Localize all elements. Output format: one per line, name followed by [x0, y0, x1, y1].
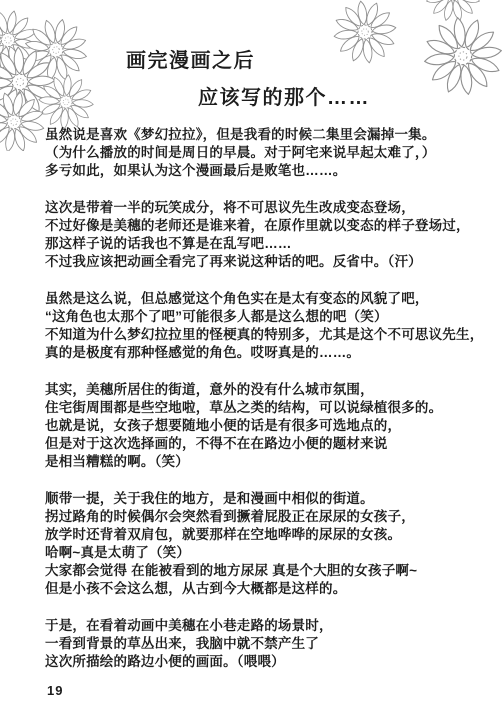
- text-line: 不知道为什么梦幻拉拉里的怪梗真的特别多，尤其是这个不可思议先生，: [45, 326, 475, 344]
- text-line: 住宅街周围都是些空地啦，草丛之类的结构，可以说绿植很多的。: [45, 399, 475, 417]
- text-line: 虽然说是喜欢《梦幻拉拉》，但是我看的时候二集里会漏掉一集。: [45, 126, 475, 144]
- text-line: 是相当糟糕的啊。（笑）: [45, 453, 475, 471]
- text-line: “这角色也太那个了吧”可能很多人都是这么想的吧（笑）: [45, 308, 475, 326]
- text-line: 但是小孩不会这么想，从古到今大概都是这样的。: [45, 580, 475, 598]
- text-line: 哈啊~真是太萌了（笑）: [45, 544, 475, 562]
- text-line: 不过好像是美穗的老师还是谁来着，在原作里就以变态的样子登场过，: [45, 217, 475, 235]
- text-line: 其实，美穗所居住的街道，意外的没有什么城市氛围，: [45, 381, 475, 399]
- page-number: 19: [47, 683, 63, 698]
- paragraph-5: 顺带一提，关于我住的地方，是和漫画中相似的街道。 拐过路角的时候偶尔会突然看到撅…: [45, 490, 475, 598]
- text-line: 放学时还背着双肩包，就要那样在空地哗哗的尿尿的女孩。: [45, 526, 475, 544]
- paragraph-4: 其实，美穗所居住的街道，意外的没有什么城市氛围， 住宅街周围都是些空地啦，草丛之…: [45, 381, 475, 471]
- text-line: 这次是带着一半的玩笑成分，将不可思议先生改成变态登场，: [45, 199, 475, 217]
- paragraph-6: 于是，在看着动画中美穗在小巷走路的场景时， 一看到背景的草丛出来，我脑中就不禁产…: [45, 617, 475, 671]
- title-line-1: 画完漫画之后: [126, 44, 370, 73]
- text-line: 拐过路角的时候偶尔会突然看到撅着屁股正在尿尿的女孩子，: [45, 508, 475, 526]
- afterword-text: 虽然说是喜欢《梦幻拉拉》，但是我看的时候二集里会漏掉一集。 （为什么播放的时间是…: [45, 126, 475, 690]
- paragraph-3: 虽然是这么说，但总感觉这个角色实在是太有变态的风貌了吧， “这角色也太那个了吧”…: [45, 290, 475, 362]
- text-line: 大家都会觉得 在能被看到的地方尿尿 真是个大胆的女孩子啊~: [45, 562, 475, 580]
- text-line: 一看到背景的草丛出来，我脑中就不禁产生了: [45, 635, 475, 653]
- document-page: 画完漫画之后 应该写的那个…… 虽然说是喜欢《梦幻拉拉》，但是我看的时候二集里会…: [0, 0, 504, 728]
- title-line-2: 应该写的那个……: [198, 81, 370, 110]
- text-line: 也就是说，女孩子想要随地小便的话是有很多可选地点的，: [45, 417, 475, 435]
- text-line: 多亏如此，如果认为这个漫画最后是败笔也……。: [45, 162, 475, 180]
- text-line: 但是对于这次选择画的，不得不在在路边小便的题材来说: [45, 435, 475, 453]
- page-title: 画完漫画之后 应该写的那个……: [126, 44, 370, 110]
- text-line: 虽然是这么说，但总感觉这个角色实在是太有变态的风貌了吧，: [45, 290, 475, 308]
- text-line: 真的是极度有那种怪感觉的角色。哎呀真是的……。: [45, 344, 475, 362]
- text-line: 于是，在看着动画中美穗在小巷走路的场景时，: [45, 617, 475, 635]
- text-line: （为什么播放的时间是周日的早晨。对于阿宅来说早起太难了，）: [45, 144, 475, 162]
- text-line: 这次所描绘的路边小便的画面。（喂喂）: [45, 653, 475, 671]
- text-line: 顺带一提，关于我住的地方，是和漫画中相似的街道。: [45, 490, 475, 508]
- text-line: 不过我应该把动画全看完了再来说这种话的吧。反省中。（汗）: [45, 253, 475, 271]
- text-line: 那这样子说的话我也不算是在乱写吧……: [45, 235, 475, 253]
- paragraph-2: 这次是带着一半的玩笑成分，将不可思议先生改成变态登场， 不过好像是美穗的老师还是…: [45, 199, 475, 271]
- paragraph-1: 虽然说是喜欢《梦幻拉拉》，但是我看的时候二集里会漏掉一集。 （为什么播放的时间是…: [45, 126, 475, 180]
